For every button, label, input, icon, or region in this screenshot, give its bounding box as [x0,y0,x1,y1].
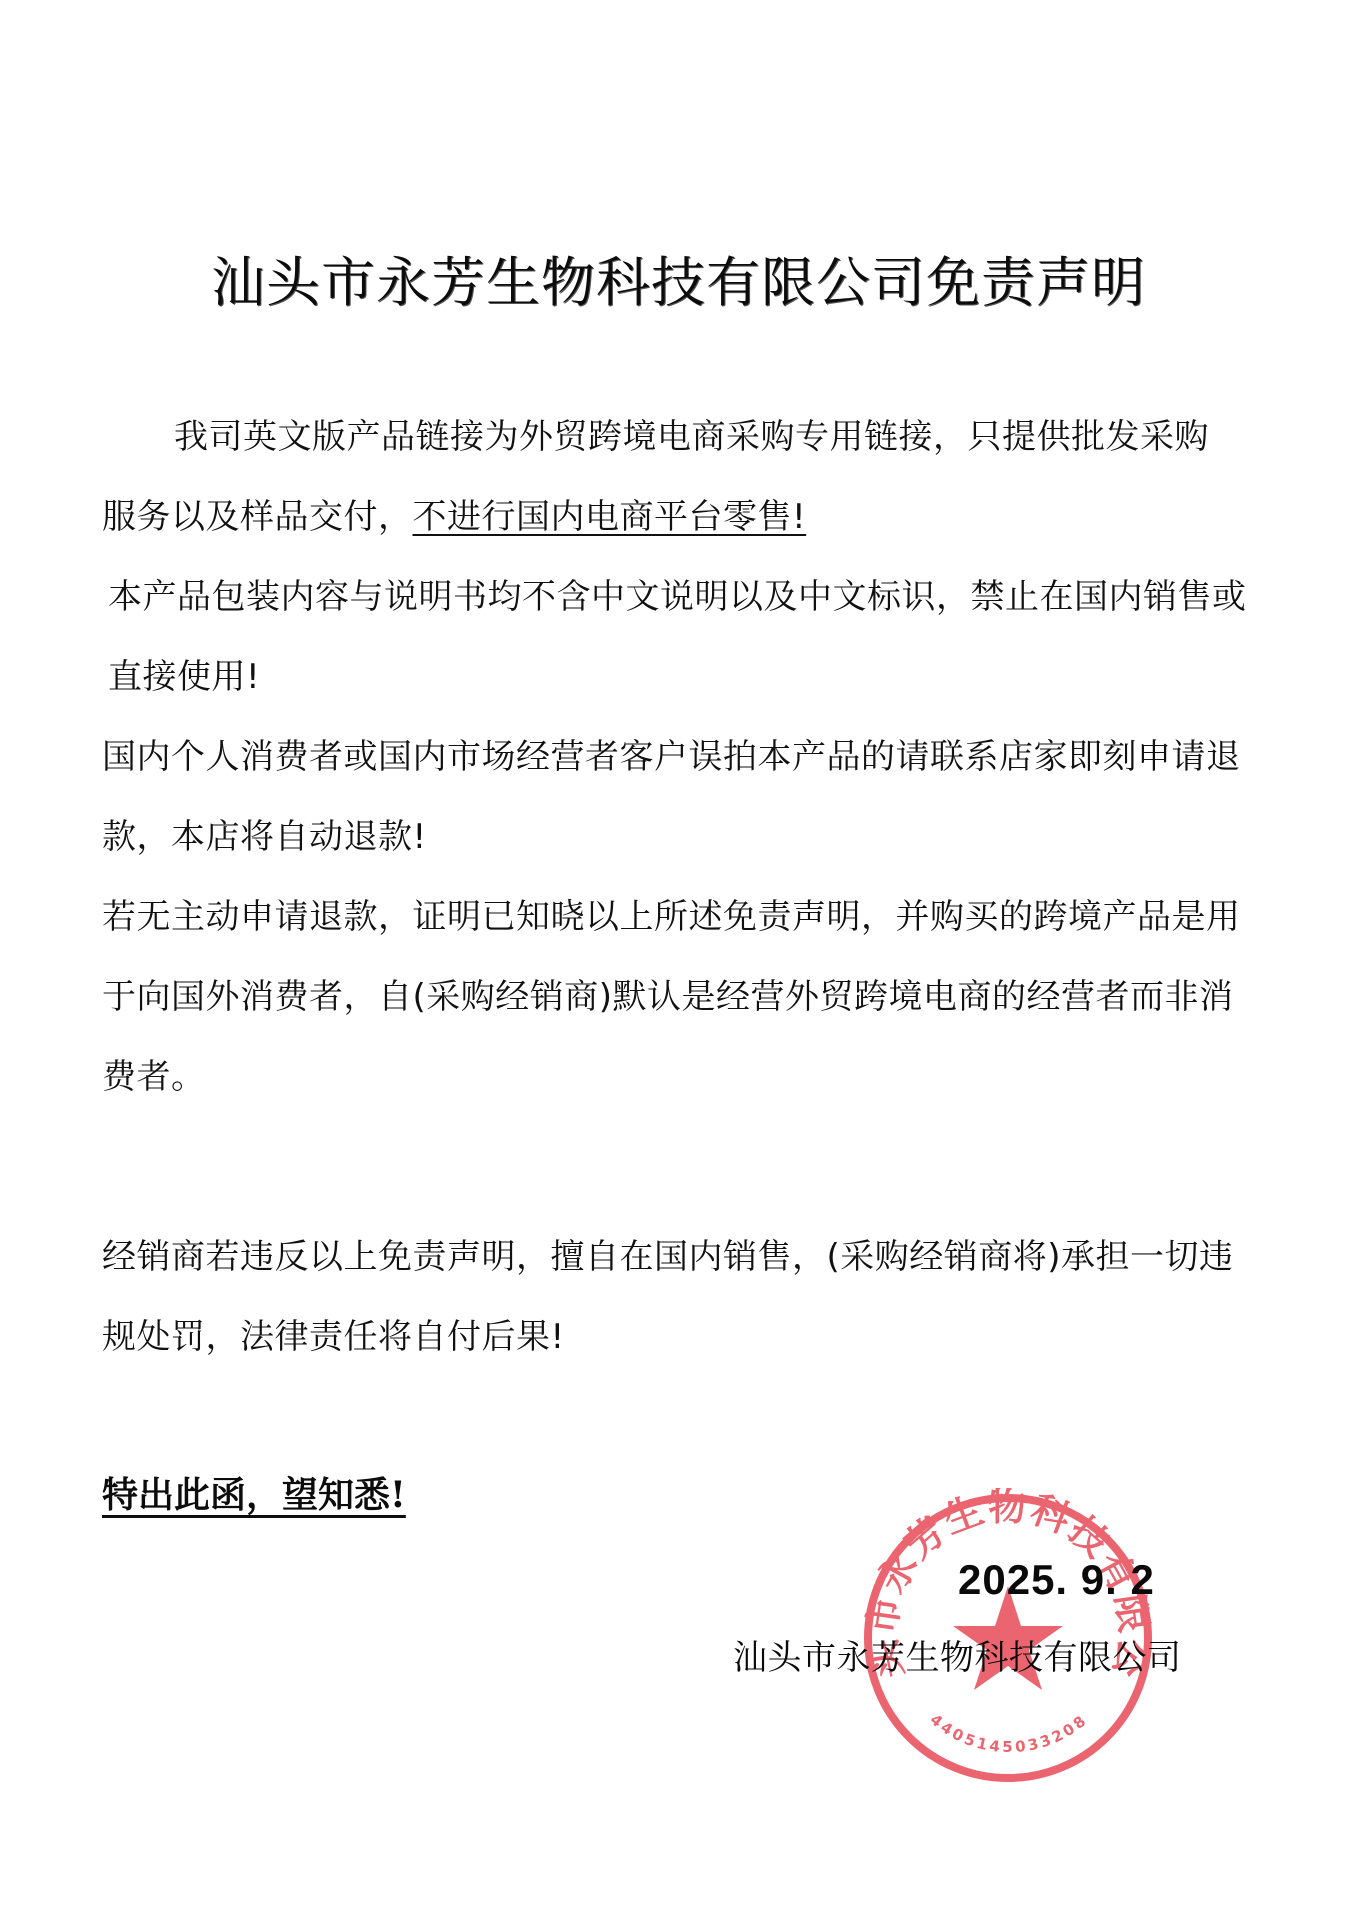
document-title: 汕头市永芳生物科技有限公司免责声明 [0,248,1357,318]
paragraph-3: 国内个人消费者或国内市场经营者客户误拍本产品的请联系店家即刻申请退款，本店将自动… [102,717,1242,877]
paragraph-5: 经销商若违反以上免责声明，擅自在国内销售，(采购经销商将)承担一切违规处罚，法律… [102,1217,1242,1377]
paragraph-1-underlined: 不进行国内电商平台零售! [413,497,807,537]
paragraph-4: 若无主动申请退款，证明已知晓以上所述免责声明，并购买的跨境产品是用于向国外消费者… [102,877,1242,1117]
company-signature: 汕头市永芳生物科技有限公司 [733,1630,1182,1686]
stamp-code-text: 4405145033208 [927,1710,1092,1756]
paragraph-2: 本产品包装内容与说明书均不含中文说明以及中文标识，禁止在国内销售或直接使用! [108,557,1248,717]
paragraph-1: 我司英文版产品链接为外贸跨境电商采购专用链接，只提供批发采购服务以及样品交付，不… [102,397,1242,557]
document-page: 汕头市永芳生物科技有限公司免责声明 我司英文版产品链接为外贸跨境电商采购专用链接… [0,0,1357,1920]
closing-statement: 特出此函，望知悉! [102,1465,406,1525]
signature-date: 2025. 9. 2 [958,1552,1155,1608]
